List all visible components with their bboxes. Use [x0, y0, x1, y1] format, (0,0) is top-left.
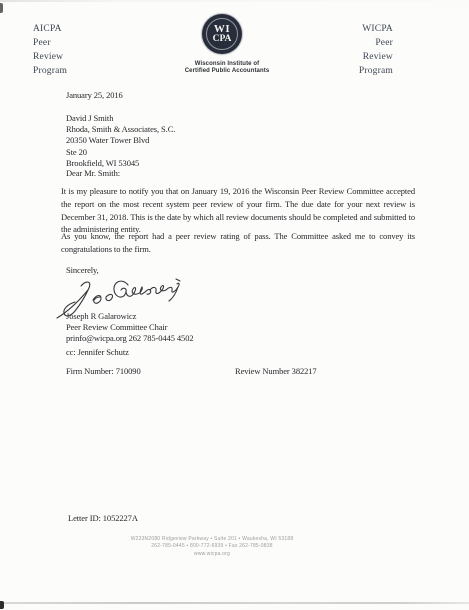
scan-artifact-top-left: [0, 3, 3, 13]
aicpa-program-line: Peer: [33, 36, 67, 50]
cc-line: cc: Jennifer Schutz: [66, 347, 129, 357]
recipient-name: David J Smith: [66, 113, 175, 124]
wicpa-program-line: Peer: [323, 36, 393, 50]
scanned-letter-page: AICPA Peer Review Program WI CPA Wiscons…: [0, 0, 469, 610]
signer-contact: prinfo@wicpa.org 262 785-0445 4502: [66, 333, 194, 344]
aicpa-program-line: Program: [33, 64, 67, 78]
recipient-address-block: David J Smith Rhoda, Smith & Associates,…: [66, 113, 175, 169]
firm-number: Firm Number: 710090: [66, 366, 141, 376]
recipient-street: 20350 Water Tower Blvd: [66, 135, 175, 146]
signer-block: Joseph R Galarowicz Peer Review Committe…: [66, 311, 194, 344]
footer-phones: 262-785-0445 • 800-772-6939 • Fax 262-78…: [77, 543, 347, 550]
body-paragraph-2: As you know, the report had a peer revie…: [61, 230, 415, 256]
salutation: Dear Mr. Smith:: [66, 168, 120, 178]
org-caption: Wisconsin Institute of Certified Public …: [147, 61, 307, 75]
body-paragraph-1: It is my pleasure to notify you that on …: [61, 185, 415, 236]
footer-website: www.wicpa.org: [77, 551, 347, 558]
org-caption-line1: Wisconsin Institute of: [147, 61, 307, 68]
aicpa-program-line: Review: [33, 50, 67, 64]
aicpa-program-block: AICPA Peer Review Program: [33, 22, 67, 78]
wicpa-program-block: WICPA Peer Review Program: [323, 22, 393, 78]
letterhead-footer: W233N2080 Ridgeview Parkway • Suite 201 …: [77, 536, 347, 558]
scan-artifact-bottom-left: [0, 601, 4, 609]
wicpa-program-line: WICPA: [323, 22, 393, 36]
wicpa-seal-logo: WI CPA: [202, 14, 242, 54]
seal-monogram-bottom: CPA: [213, 34, 232, 44]
footer-address: W233N2080 Ridgeview Parkway • Suite 201 …: [77, 536, 347, 543]
wicpa-program-line: Review: [323, 50, 393, 64]
signer-name: Joseph R Galarowicz: [66, 311, 194, 322]
org-caption-line2: Certified Public Accountants: [147, 68, 307, 75]
review-number: Review Number 382217: [235, 366, 317, 376]
recipient-suite: Ste 20: [66, 147, 175, 158]
recipient-firm: Rhoda, Smith & Associates, S.C.: [66, 124, 175, 135]
wicpa-program-line: Program: [323, 64, 393, 78]
closing: Sincerely,: [66, 265, 99, 275]
letter-date: January 25, 2016: [66, 90, 123, 100]
aicpa-program-line: AICPA: [33, 22, 67, 36]
scan-artifact-bottom-edge: [0, 602, 469, 604]
letter-id: Letter ID: 1052227A: [68, 513, 138, 523]
signer-title: Peer Review Committee Chair: [66, 322, 194, 333]
scan-artifact-top-edge: [0, 0, 469, 2]
seal-monogram-top: WI: [214, 25, 230, 34]
